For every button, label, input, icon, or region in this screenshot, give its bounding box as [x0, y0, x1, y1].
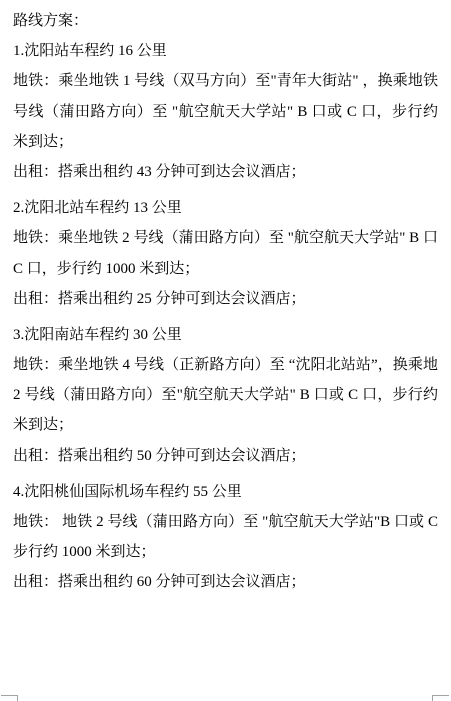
metro-instruction-line: 地铁：乘坐地铁 4 号线（正新路方向）至 “沈阳北站站”，换乘地铁 [13, 350, 438, 380]
metro-instruction-line: C 口，步行约 1000 米到达； [13, 254, 438, 284]
section-heading: 2.沈阳北站车程约 13 公里 [13, 193, 438, 223]
route-section-taoxian-airport: 4.沈阳桃仙国际机场车程约 55 公里 地铁： 地铁 2 号线（蒲田路方向）至 … [13, 477, 438, 598]
route-section-shenyang-south-station: 3.沈阳南站车程约 30 公里 地铁：乘坐地铁 4 号线（正新路方向）至 “沈阳… [13, 320, 438, 471]
metro-instruction-line: 地铁： 地铁 2 号线（蒲田路方向）至 "航空航天大学站"B 口或 C 口， [13, 507, 438, 537]
route-plan-document: 路线方案： 1.沈阳站车程约 16 公里 地铁：乘坐地铁 1 号线（双马方向）至… [13, 6, 438, 598]
taxi-instruction-line: 出租：搭乘出租约 60 分钟可到达会议酒店； [13, 567, 438, 597]
taxi-instruction-line: 出租：搭乘出租约 43 分钟可到达会议酒店； [13, 157, 438, 187]
word-document-page: 路线方案： 1.沈阳站车程约 16 公里 地铁：乘坐地铁 1 号线（双马方向）至… [0, 0, 451, 701]
metro-instruction-line: 地铁：乘坐地铁 1 号线（双马方向）至"青年大街站" ，换乘地铁 2 [13, 66, 438, 96]
text-boundary-mark-right [432, 695, 449, 701]
metro-instruction-line: 号线（蒲田路方向）至 "航空航天大学站" B 口或 C 口，步行约 1000 [13, 97, 438, 127]
metro-instruction-line: 米到达； [13, 127, 438, 157]
metro-instruction-line: 步行约 1000 米到达； [13, 537, 438, 567]
document-title: 路线方案： [13, 6, 438, 36]
route-section-shenyang-station: 1.沈阳站车程约 16 公里 地铁：乘坐地铁 1 号线（双马方向）至"青年大街站… [13, 36, 438, 187]
section-heading: 1.沈阳站车程约 16 公里 [13, 36, 438, 66]
text-boundary-mark-left [1, 695, 18, 701]
metro-instruction-line: 地铁：乘坐地铁 2 号线（蒲田路方向）至 "航空航天大学站" B 口或 [13, 223, 438, 253]
route-section-shenyang-north-station: 2.沈阳北站车程约 13 公里 地铁：乘坐地铁 2 号线（蒲田路方向）至 "航空… [13, 193, 438, 314]
taxi-instruction-line: 出租：搭乘出租约 25 分钟可到达会议酒店； [13, 284, 438, 314]
section-heading: 3.沈阳南站车程约 30 公里 [13, 320, 438, 350]
metro-instruction-line: 2 号线（蒲田路方向）至"航空航天大学站" B 口或 C 口，步行约 1000 [13, 380, 438, 410]
taxi-instruction-line: 出租：搭乘出租约 50 分钟可到达会议酒店； [13, 441, 438, 471]
section-heading: 4.沈阳桃仙国际机场车程约 55 公里 [13, 477, 438, 507]
metro-instruction-line: 米到达； [13, 410, 438, 440]
